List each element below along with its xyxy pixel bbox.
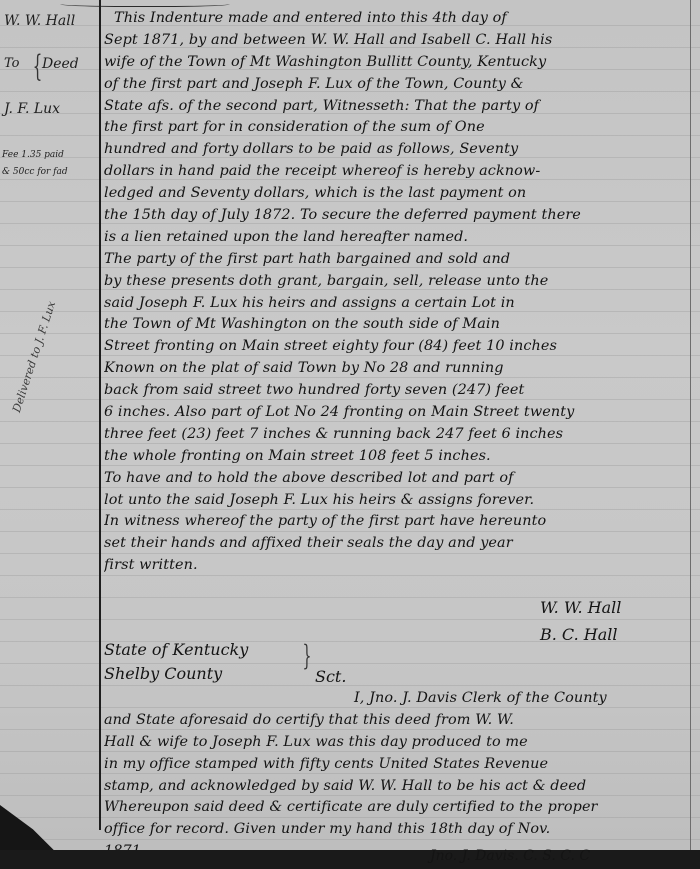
ack-line: Hall & wife to Joseph F. Lux was this da…	[104, 732, 690, 754]
deed-line: The party of the first part hath bargain…	[104, 249, 690, 271]
margin-fee-2: & 50cc for fad	[2, 167, 68, 177]
deed-line: by these presents doth grant, bargain, s…	[104, 271, 690, 293]
deed-line: said Joseph F. Lux his heirs and assigns…	[104, 293, 690, 315]
deed-line: hundred and forty dollars to be paid as …	[104, 139, 690, 161]
deed-line: the Town of Mt Washington on the south s…	[104, 314, 690, 336]
signature-grantor: W. W. Hall	[540, 598, 621, 617]
margin-grantor: W. W. Hall	[4, 13, 75, 29]
deed-line: the 15th day of July 1872. To secure the…	[104, 205, 690, 227]
ack-line: Whereupon said deed & certificate are du…	[104, 797, 690, 819]
deed-line: the first part for in consideration of t…	[104, 117, 690, 139]
ack-line: I, Jno. J. Davis Clerk of the County	[104, 688, 690, 710]
margin-to-label: To	[4, 56, 20, 71]
deed-line: To have and to hold the above described …	[104, 468, 690, 490]
venue-brace-icon: }	[302, 642, 311, 670]
deed-line: set their hands and affixed their seals …	[104, 533, 690, 555]
deed-line: Sept 1871, by and between W. W. Hall and…	[104, 30, 690, 52]
venue-state: State of Kentucky	[104, 640, 248, 659]
margin-rule	[99, 0, 101, 830]
deed-line: is a lien retained upon the land hereaft…	[104, 227, 690, 249]
ack-line: and State aforesaid do certify that this…	[104, 710, 690, 732]
deed-line: the whole fronting on Main street 108 fe…	[104, 446, 690, 468]
clerk-signature: Jno. J. Davis. C. S. C. C	[430, 848, 590, 864]
deed-line: of the first part and Joseph F. Lux of t…	[104, 74, 690, 96]
page-bottom-shadow	[0, 850, 700, 869]
venue-sct: Sct.	[315, 667, 346, 686]
ack-line: office for record. Given under my hand t…	[104, 819, 690, 841]
deed-line: first written.	[104, 555, 690, 577]
margin-instrument: Deed	[42, 56, 79, 72]
margin-grantee: J. F. Lux	[4, 101, 60, 117]
deed-body: This Indenture made and entered into thi…	[104, 8, 690, 577]
acknowledgment-body: I, Jno. J. Davis Clerk of the County and…	[104, 688, 690, 863]
deed-line: This Indenture made and entered into thi…	[104, 8, 690, 30]
deed-line: lot unto the said Joseph F. Lux his heir…	[104, 490, 690, 512]
signature-cograntor: B. C. Hall	[540, 625, 618, 644]
margin-index: W. W. Hall To { Deed J. F. Lux Fee 1.35 …	[0, 0, 96, 850]
deed-line: back from said street two hundred forty …	[104, 380, 690, 402]
deed-line: wife of the Town of Mt Washington Bullit…	[104, 52, 690, 74]
deed-line: Known on the plat of said Town by No 28 …	[104, 358, 690, 380]
deed-line: 6 inches. Also part of Lot No 24 frontin…	[104, 402, 690, 424]
deed-line: In witness whereof the party of the firs…	[104, 511, 690, 533]
deed-line: ledged and Seventy dollars, which is the…	[104, 183, 690, 205]
deed-line: dollars in hand paid the receipt whereof…	[104, 161, 690, 183]
brace-icon: {	[33, 52, 43, 82]
deed-line: Street fronting on Main street eighty fo…	[104, 336, 690, 358]
deed-line: State afs. of the second part, Witnesset…	[104, 96, 690, 118]
margin-delivered-note: Delivered to J. F. Lux	[10, 300, 58, 414]
deed-record-page: W. W. Hall To { Deed J. F. Lux Fee 1.35 …	[0, 0, 700, 869]
venue-county: Shelby County	[104, 664, 222, 683]
ack-line: in my office stamped with fifty cents Un…	[104, 754, 690, 776]
deed-line: three feet (23) feet 7 inches & running …	[104, 424, 690, 446]
ack-line: stamp, and acknowledged by said W. W. Ha…	[104, 776, 690, 798]
margin-fee-1: Fee 1.35 paid	[2, 150, 64, 160]
page-edge	[690, 0, 691, 869]
